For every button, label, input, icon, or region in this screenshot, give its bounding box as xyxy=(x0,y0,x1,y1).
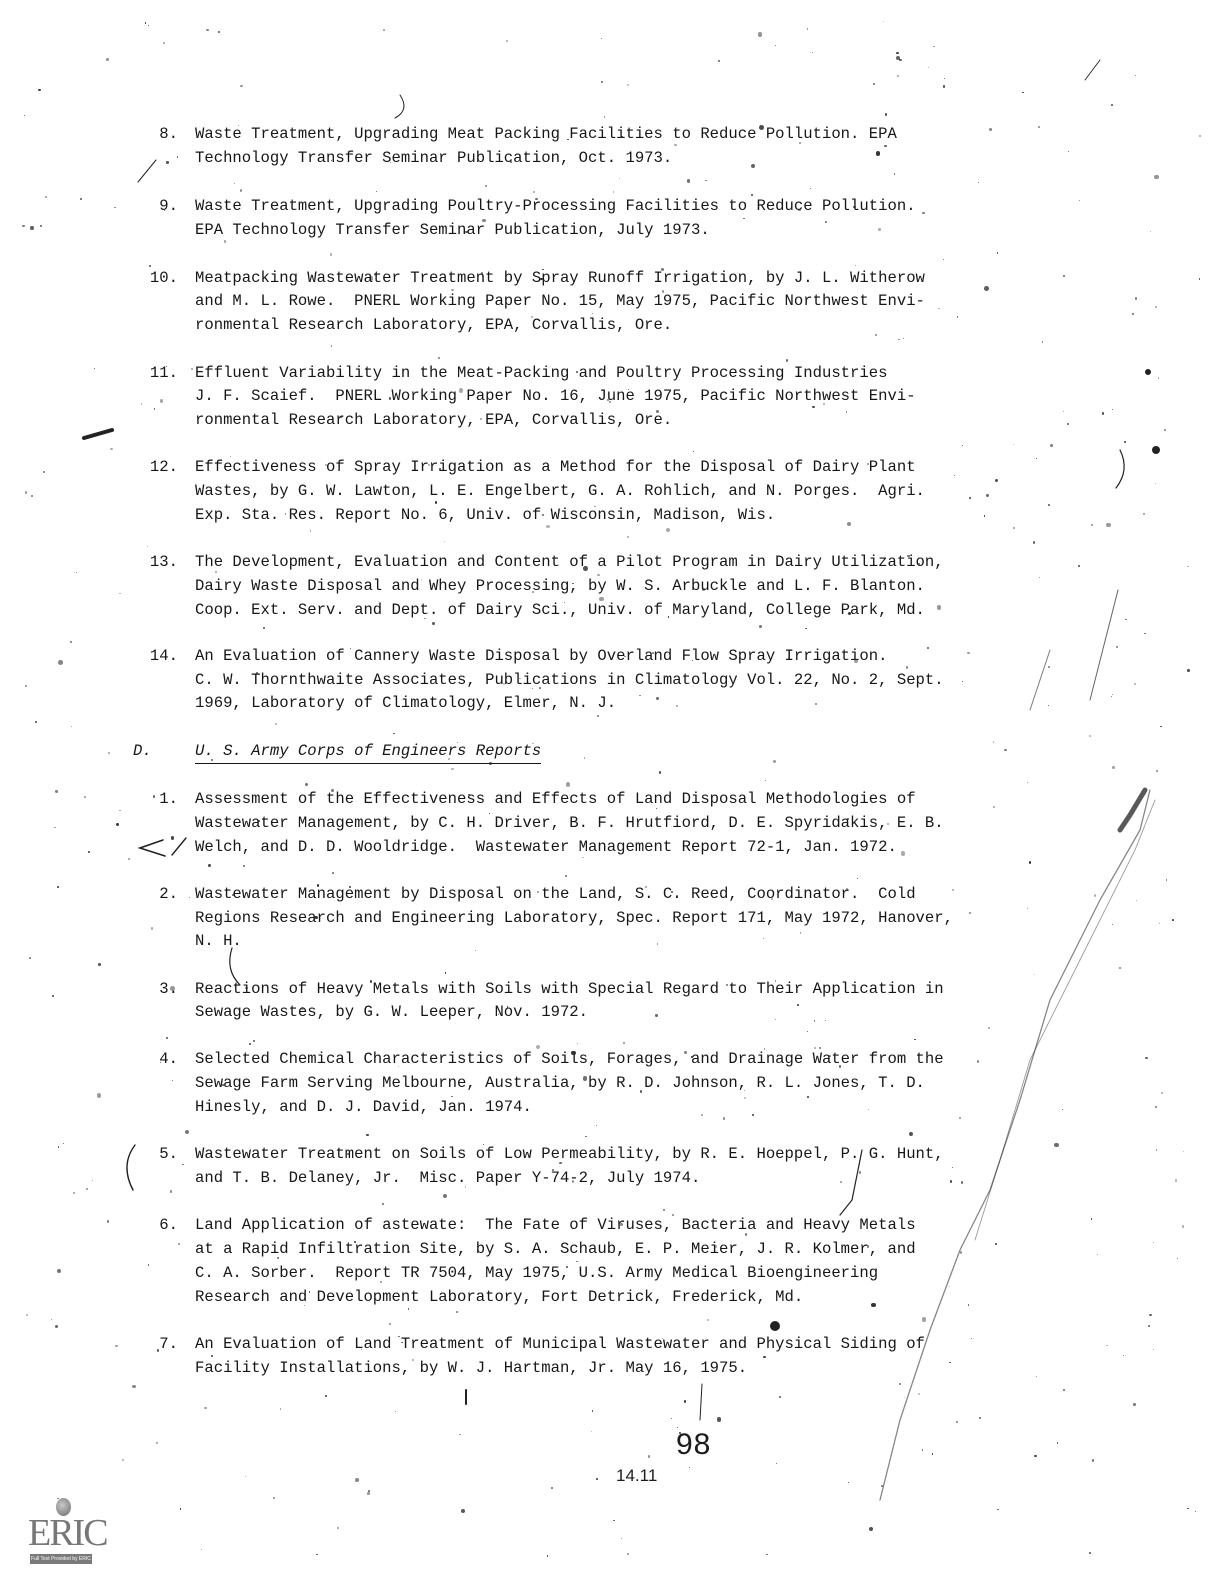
scan-speck xyxy=(1153,1349,1154,1350)
scan-speck xyxy=(609,401,611,403)
scan-speck xyxy=(445,972,446,973)
entry-line: Sewage Farm Serving Melbourne, Australia… xyxy=(195,1071,925,1095)
scan-speck xyxy=(182,1164,184,1166)
entry-number: 11. xyxy=(130,361,178,385)
scan-speck xyxy=(1102,412,1104,414)
scan-speck xyxy=(1164,429,1166,431)
scan-speck xyxy=(208,864,210,866)
scan-speck xyxy=(656,697,658,699)
entry-line: and T. B. Delaney, Jr. Misc. Paper Y-74-… xyxy=(195,1166,700,1190)
scan-speck xyxy=(937,605,941,609)
scan-speck xyxy=(957,316,959,318)
scan-speck xyxy=(24,115,25,116)
scan-speck xyxy=(317,884,319,886)
section-letter: D. xyxy=(133,739,152,763)
entry-line: Sewage Wastes, by G. W. Leeper, Nov. 197… xyxy=(195,1000,588,1024)
entry-line: An Evaluation of Cannery Waste Disposal … xyxy=(195,644,887,668)
scan-speck xyxy=(885,113,887,115)
entry-line: Technology Transfer Seminar Publication,… xyxy=(195,146,672,170)
scan-speck xyxy=(461,1509,465,1513)
scan-speck xyxy=(115,1345,118,1348)
scan-speck xyxy=(1119,967,1121,969)
scan-speck xyxy=(766,1554,767,1555)
scan-speck xyxy=(1022,92,1023,93)
eric-logo: ERIC Full Text Provided by ERIC xyxy=(28,1498,102,1568)
scan-speck xyxy=(51,1319,52,1320)
scan-speck xyxy=(1135,297,1137,299)
scan-speck xyxy=(674,144,676,146)
scan-speck xyxy=(255,1298,257,1300)
scan-speck xyxy=(601,38,602,39)
scan-speck xyxy=(884,145,886,147)
scan-speck xyxy=(933,46,934,47)
entry-line: The Development, Evaluation and Content … xyxy=(195,550,944,574)
scan-speck xyxy=(1050,444,1053,447)
scan-speck xyxy=(215,571,217,573)
scan-speck xyxy=(1199,278,1200,279)
scan-speck xyxy=(31,495,33,497)
scan-speck xyxy=(1048,705,1049,706)
entry-line: Effluent Variability in the Meat-Packing… xyxy=(195,361,887,385)
scan-speck xyxy=(943,259,944,260)
scan-speck xyxy=(559,1162,561,1164)
scan-speck xyxy=(58,660,63,665)
scan-speck xyxy=(55,1325,58,1328)
scan-speck xyxy=(367,1492,370,1495)
scan-speck xyxy=(1124,441,1126,443)
scan-speck xyxy=(878,228,880,230)
scan-speck xyxy=(876,151,881,156)
scan-speck xyxy=(438,357,440,359)
scan-speck xyxy=(927,647,929,649)
entry-line: Hinesly, and D. J. David, Jan. 1974. xyxy=(195,1095,532,1119)
scan-speck xyxy=(253,1040,255,1042)
scan-speck xyxy=(909,1132,913,1136)
scan-speck xyxy=(1125,619,1126,620)
scan-speck xyxy=(535,198,537,200)
scan-speck xyxy=(718,60,720,62)
scan-speck xyxy=(1166,879,1167,880)
scan-speck xyxy=(88,851,90,853)
scan-speck xyxy=(382,1203,384,1205)
scan-speck xyxy=(807,28,808,29)
entry-number: 7. xyxy=(130,1332,178,1356)
scan-speck xyxy=(566,782,570,786)
scan-speck xyxy=(43,471,45,473)
scan-speck xyxy=(717,1417,722,1422)
scan-speck xyxy=(744,1097,746,1099)
scan-speck xyxy=(98,963,101,966)
scan-speck xyxy=(40,225,42,227)
scan-speck xyxy=(814,1020,815,1021)
scan-speck xyxy=(1153,1242,1155,1244)
scan-speck xyxy=(627,536,628,537)
scan-speck xyxy=(54,827,56,829)
scan-speck xyxy=(108,752,110,754)
scan-speck xyxy=(896,52,898,54)
entry-number: 5. xyxy=(130,1142,178,1166)
scan-speck xyxy=(204,1407,206,1409)
scan-speck xyxy=(1160,726,1161,727)
scan-speck xyxy=(1054,1143,1059,1148)
scan-speck xyxy=(277,1257,279,1259)
scan-speck xyxy=(503,683,505,685)
scan-speck xyxy=(55,790,57,792)
scan-speck xyxy=(170,1190,172,1192)
scan-speck xyxy=(576,371,578,373)
scan-speck xyxy=(435,501,437,503)
entry-line: J. F. Scaief. PNERL Working Paper No. 16… xyxy=(195,384,916,408)
scan-speck xyxy=(510,161,512,163)
scan-speck xyxy=(263,627,265,629)
scan-speck xyxy=(949,1286,950,1287)
scan-speck xyxy=(1112,924,1113,925)
scan-speck xyxy=(444,541,445,542)
scan-speck xyxy=(157,1349,159,1351)
scan-speck xyxy=(342,914,343,915)
scan-speck xyxy=(986,494,988,496)
scan-speck xyxy=(156,1442,158,1444)
scan-speck xyxy=(601,81,603,83)
scan-speck xyxy=(1133,1403,1136,1406)
scan-speck xyxy=(812,406,814,408)
scan-speck xyxy=(584,757,586,759)
scan-speck xyxy=(301,1007,303,1009)
scan-speck xyxy=(656,410,659,413)
entry-line: Meatpacking Wastewater Treatment by Spra… xyxy=(195,266,925,290)
scan-speck xyxy=(904,1397,905,1398)
scan-speck xyxy=(35,721,37,723)
scan-speck xyxy=(978,182,979,183)
scan-speck xyxy=(894,173,896,175)
scan-speck xyxy=(949,1362,950,1363)
scan-speck xyxy=(775,45,776,46)
scan-speck xyxy=(1027,908,1029,910)
scan-speck xyxy=(459,388,464,393)
scan-speck xyxy=(758,32,763,37)
scan-speck xyxy=(922,1449,923,1450)
scan-speck xyxy=(206,29,209,32)
scan-speck xyxy=(107,1220,109,1222)
scan-speck xyxy=(819,1047,821,1049)
scan-speck xyxy=(489,762,491,764)
entry-line: Selected Chemical Characteristics of Soi… xyxy=(195,1047,944,1071)
scan-speck xyxy=(1156,770,1158,772)
scanned-page: 8. Waste Treatment, Upgrading Meat Packi… xyxy=(0,0,1224,1584)
scan-speck xyxy=(798,209,801,212)
scan-speck xyxy=(663,1209,665,1211)
entry-number: 2. xyxy=(130,882,178,906)
scan-speck xyxy=(596,1478,598,1480)
scan-speck xyxy=(459,1434,460,1435)
scan-speck xyxy=(1036,458,1037,459)
entry-line: at a Rapid Infiltration Site, by S. A. S… xyxy=(195,1237,916,1261)
scan-speck xyxy=(751,194,752,195)
scan-speck xyxy=(58,1146,59,1147)
scan-speck xyxy=(873,83,874,84)
scan-speck xyxy=(969,497,971,499)
scan-speck xyxy=(1112,694,1113,695)
scan-speck xyxy=(354,1241,356,1243)
entry-number: 8. xyxy=(130,122,178,146)
scan-speck xyxy=(284,763,285,764)
entry-line: Wastes, by G. W. Lawton, L. E. Engelbert… xyxy=(195,479,925,503)
scan-speck xyxy=(189,897,190,898)
scan-speck xyxy=(166,161,168,163)
scan-speck xyxy=(997,1509,998,1510)
scan-speck xyxy=(952,1167,953,1168)
scan-speck xyxy=(76,572,77,573)
scan-speck xyxy=(897,75,899,77)
scan-speck xyxy=(954,475,955,476)
scan-speck xyxy=(325,1395,327,1397)
section-page-number: 14.11 xyxy=(616,1466,657,1486)
scan-speck xyxy=(1013,444,1014,445)
scan-speck xyxy=(979,1417,981,1419)
scan-speck xyxy=(805,628,806,629)
entry-number: 4. xyxy=(130,1047,178,1071)
scan-speck xyxy=(25,491,28,494)
scan-speck xyxy=(178,1243,180,1245)
scan-speck xyxy=(604,116,606,118)
scan-speck xyxy=(938,308,940,310)
scan-speck xyxy=(141,403,142,404)
scan-speck xyxy=(944,78,945,79)
scan-speck xyxy=(565,875,567,877)
scan-speck xyxy=(779,1396,781,1398)
scan-speck xyxy=(684,1400,687,1403)
scan-speck xyxy=(337,1527,340,1530)
scan-speck xyxy=(962,681,963,682)
scan-speck xyxy=(45,196,47,198)
scan-speck xyxy=(475,950,476,951)
scan-speck xyxy=(22,225,25,228)
scan-speck xyxy=(1158,377,1159,378)
scan-speck xyxy=(275,723,277,725)
scan-speck xyxy=(331,345,332,346)
scan-speck xyxy=(812,52,813,53)
scan-speck xyxy=(918,1393,920,1395)
scan-speck xyxy=(613,191,615,193)
scan-speck xyxy=(956,1421,957,1422)
scan-speck xyxy=(621,136,622,137)
scan-speck xyxy=(1187,566,1189,568)
scan-speck xyxy=(224,240,227,243)
scan-speck xyxy=(993,741,995,743)
scan-speck xyxy=(1154,175,1159,180)
entry-line: N. H. xyxy=(195,929,242,953)
scan-speck xyxy=(389,397,391,399)
entry-line: ronmental Research Laboratory, EPA, Corv… xyxy=(195,408,672,432)
scan-speck xyxy=(451,768,453,770)
scan-speck xyxy=(1106,523,1110,527)
scan-speck xyxy=(1089,735,1091,737)
entry-line: Exp. Sta. Res. Report No. 6, Univ. of Wi… xyxy=(195,503,775,527)
scan-speck xyxy=(657,943,658,944)
scan-speck xyxy=(1106,1345,1107,1346)
scan-speck xyxy=(661,268,664,271)
scan-speck xyxy=(1156,1149,1158,1151)
scan-speck xyxy=(432,622,435,625)
scan-speck xyxy=(240,189,242,191)
scan-speck xyxy=(619,178,621,180)
scan-speck xyxy=(707,1319,709,1321)
entry-line: Wastewater Management, by C. H. Driver, … xyxy=(195,811,944,835)
scan-speck xyxy=(1094,894,1096,896)
scan-speck xyxy=(1048,504,1051,507)
scan-speck xyxy=(596,1125,597,1126)
scan-speck xyxy=(846,411,848,413)
scan-speck xyxy=(585,1136,587,1138)
scan-speck xyxy=(29,957,31,959)
scan-speck xyxy=(839,1065,841,1067)
scan-speck xyxy=(234,183,235,184)
scan-speck xyxy=(641,914,643,916)
scan-speck xyxy=(332,872,334,874)
entry-line: Waste Treatment, Upgrading Meat Packing … xyxy=(195,122,897,146)
scan-speck xyxy=(676,705,678,707)
scan-speck xyxy=(1199,135,1201,137)
scan-speck xyxy=(166,1037,169,1040)
scan-speck xyxy=(519,678,521,680)
page-number: 98 xyxy=(676,1428,711,1462)
scan-speck xyxy=(481,272,483,274)
scan-speck xyxy=(1091,524,1093,526)
scan-speck xyxy=(1182,1225,1184,1227)
scan-speck xyxy=(702,588,705,591)
scan-speck xyxy=(1097,1254,1098,1255)
scan-speck xyxy=(84,796,86,798)
scan-speck xyxy=(995,1243,997,1245)
scan-speck xyxy=(907,555,909,557)
scan-speck xyxy=(38,89,40,91)
scan-speck xyxy=(1123,1355,1124,1356)
scan-speck xyxy=(1067,423,1069,425)
scan-speck xyxy=(63,1143,64,1144)
scan-speck xyxy=(745,1233,747,1235)
entry-number: 9. xyxy=(130,194,178,218)
entry-number: 13. xyxy=(130,550,178,574)
scan-speck xyxy=(340,416,342,418)
scan-speck xyxy=(701,1114,703,1116)
scan-speck xyxy=(163,42,165,44)
scan-speck xyxy=(1148,1325,1150,1327)
scan-speck xyxy=(960,1251,963,1254)
scan-speck xyxy=(797,1004,799,1006)
scan-speck xyxy=(166,366,167,367)
scan-speck xyxy=(70,641,71,642)
scan-speck xyxy=(114,207,115,208)
entry-line: Assessment of the Effectiveness and Effe… xyxy=(195,787,916,811)
scan-speck xyxy=(1187,669,1189,671)
scan-speck xyxy=(1161,1092,1162,1093)
scan-speck xyxy=(823,403,825,405)
scan-speck xyxy=(1033,541,1035,543)
scan-speck xyxy=(480,418,482,420)
entry-number: 1. xyxy=(130,787,178,811)
scan-speck xyxy=(119,593,121,595)
scan-speck xyxy=(1136,900,1137,901)
scan-speck xyxy=(80,198,82,200)
scan-speck xyxy=(1150,231,1151,232)
scan-speck xyxy=(1013,527,1015,529)
scan-speck xyxy=(1112,766,1115,769)
scan-speck xyxy=(932,1453,933,1454)
scan-speck xyxy=(592,1410,593,1411)
scan-speck xyxy=(977,1060,979,1062)
scan-speck xyxy=(807,1031,808,1032)
scan-speck xyxy=(901,851,906,856)
scan-speck xyxy=(971,1338,972,1339)
scan-speck xyxy=(848,1482,849,1483)
scan-speck xyxy=(280,1408,281,1409)
scan-speck xyxy=(398,1336,399,1337)
scan-speck xyxy=(800,932,801,933)
scan-speck xyxy=(1027,782,1028,783)
scan-speck xyxy=(148,1264,150,1266)
scan-speck xyxy=(765,780,766,781)
scan-speck xyxy=(1134,683,1136,685)
scan-speck xyxy=(249,1043,251,1045)
scan-speck xyxy=(94,368,95,369)
scan-speck xyxy=(1068,151,1069,152)
scan-speck xyxy=(119,810,120,811)
scan-speck xyxy=(97,1093,101,1097)
scan-speck xyxy=(875,334,877,336)
scan-speck xyxy=(106,58,109,61)
scan-speck xyxy=(627,84,629,86)
scan-speck xyxy=(128,858,129,859)
scan-speck xyxy=(1111,104,1113,106)
scan-speck xyxy=(928,67,929,68)
entry-line: Research and Development Laboratory, For… xyxy=(195,1285,803,1309)
scan-speck xyxy=(393,733,395,735)
entry-line: Waste Treatment, Upgrading Poultry-Proce… xyxy=(195,194,916,218)
scan-speck xyxy=(962,445,963,446)
scan-speck xyxy=(532,743,533,744)
scan-speck xyxy=(599,597,604,602)
scan-speck xyxy=(30,226,33,229)
scan-speck xyxy=(869,1527,873,1531)
scan-speck xyxy=(687,179,691,183)
scan-speck xyxy=(122,1459,124,1461)
scan-speck xyxy=(57,1269,61,1273)
scan-speck xyxy=(506,40,508,42)
entry-line: Dairy Waste Disposal and Whey Processing… xyxy=(195,574,925,598)
scan-speck xyxy=(395,1411,396,1412)
scan-speck xyxy=(1057,1442,1058,1443)
scan-speck xyxy=(552,1169,554,1171)
entry-line: An Evaluation of Land Treatment of Munic… xyxy=(195,1332,925,1356)
scan-speck xyxy=(1149,1314,1151,1316)
entry-number: 12. xyxy=(130,455,178,479)
scan-speck xyxy=(627,1553,629,1555)
scan-speck xyxy=(191,368,193,370)
entry-line: EPA Technology Transfer Seminar Publicat… xyxy=(195,218,710,242)
scan-speck xyxy=(1187,1508,1189,1510)
scan-speck xyxy=(752,1114,754,1116)
scan-speck xyxy=(408,1308,409,1309)
scan-speck xyxy=(952,889,954,891)
scan-speck xyxy=(151,927,153,929)
scan-speck xyxy=(684,1051,687,1054)
scan-speck xyxy=(776,1463,777,1464)
scan-speck xyxy=(969,912,971,914)
scan-speck xyxy=(648,1455,651,1458)
scan-speck xyxy=(848,612,851,615)
scan-speck xyxy=(671,891,673,893)
scan-speck xyxy=(871,1303,875,1307)
